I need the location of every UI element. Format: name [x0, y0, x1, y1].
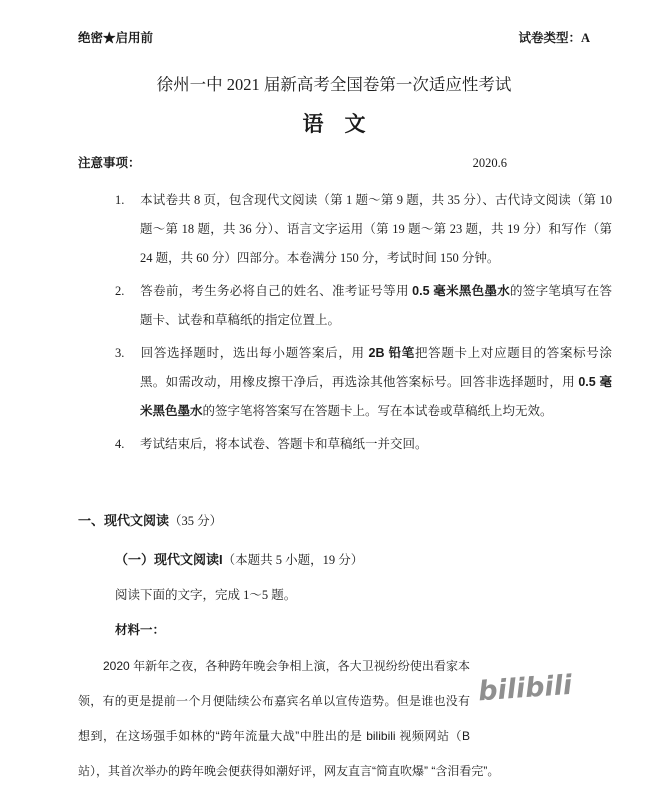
paper-type-value: A: [581, 31, 590, 45]
bilibili-logo-icon: bilibili: [476, 661, 576, 711]
notice-item-4: 4.考试结束后，将本试卷、答题卡和草稿纸一并交回。: [78, 430, 612, 459]
notice-item-number: 4.: [115, 430, 140, 459]
exam-title: 徐州一中 2021 届新高考全国卷第一次适应性考试: [0, 74, 668, 96]
notice-item-number: 2.: [115, 277, 140, 306]
notice-item-1: 1.本试卷共 8 页，包含现代文阅读（第 1 题～第 9 题，共 35 分）、古…: [78, 186, 612, 273]
section-heading-bold: 一、现代文阅读: [78, 513, 169, 528]
material-label: 材料一：: [115, 621, 612, 639]
notice-header-row: 注意事项： 2020.6: [78, 155, 612, 172]
notice-item-number: 3.: [115, 339, 140, 368]
notice-list: 1.本试卷共 8 页，包含现代文阅读（第 1 题～第 9 题，共 35 分）、古…: [78, 186, 612, 459]
paper-type: 试卷类型：A: [518, 30, 590, 46]
exam-date: 2020.6: [473, 155, 507, 172]
bilibili-watermark: bilibili: [470, 649, 612, 723]
security-classification: 绝密★启用前: [78, 30, 153, 46]
notice-item-number: 1.: [115, 186, 140, 215]
notice-item-text: 考试结束后，将本试卷、答题卡和草稿纸一并交回。: [140, 437, 428, 451]
notice-item-3: 3.回答选择题时，选出每小题答案后，用 2B 铅笔把答题卡上对应题目的答案标号涂…: [78, 339, 612, 426]
exam-paper-page: 绝密★启用前 试卷类型：A 徐州一中 2021 届新高考全国卷第一次适应性考试 …: [0, 0, 668, 805]
material-paragraph-text: 2020 年新年之夜，各种跨年晚会争相上演，各大卫视纷纷使出看家本领，有的更是提…: [78, 659, 499, 778]
page-header: 绝密★启用前 试卷类型：A: [78, 30, 612, 46]
paper-type-label: 试卷类型：: [518, 31, 581, 45]
notice-item-text: 回答选择题时，选出每小题答案后，用 2B 铅笔把答题卡上对应题目的答案标号涂黑。…: [140, 346, 612, 418]
reading-instruction: 阅读下面的文字，完成 1～5 题。: [115, 586, 612, 604]
bilibili-logo-text: bilibili: [477, 670, 574, 708]
section-heading-points: （35 分）: [169, 514, 222, 528]
subsection-heading-reading-1: （一）现代文阅读I（本题共 5 小题，19 分）: [115, 551, 612, 569]
notice-item-text: 答卷前，考生务必将自己的姓名、准考证号等用 0.5 毫米黑色墨水的签字笔填写在答…: [140, 284, 612, 327]
subject-title: 语 文: [0, 111, 668, 138]
notice-heading: 注意事项：: [78, 155, 141, 172]
notice-item-2: 2.答卷前，考生务必将自己的姓名、准考证号等用 0.5 毫米黑色墨水的签字笔填写…: [78, 277, 612, 335]
subsection-heading-bold: （一）现代文阅读I: [115, 552, 223, 567]
section-heading-modern-reading: 一、现代文阅读（35 分）: [78, 512, 612, 530]
material-paragraph: bilibili 2020 年新年之夜，各种跨年晚会争相上演，各大卫视纷纷使出看…: [78, 649, 612, 789]
subsection-heading-points: （本题共 5 小题，19 分）: [223, 553, 364, 567]
notice-item-text: 本试卷共 8 页，包含现代文阅读（第 1 题～第 9 题，共 35 分）、古代诗…: [140, 193, 612, 265]
